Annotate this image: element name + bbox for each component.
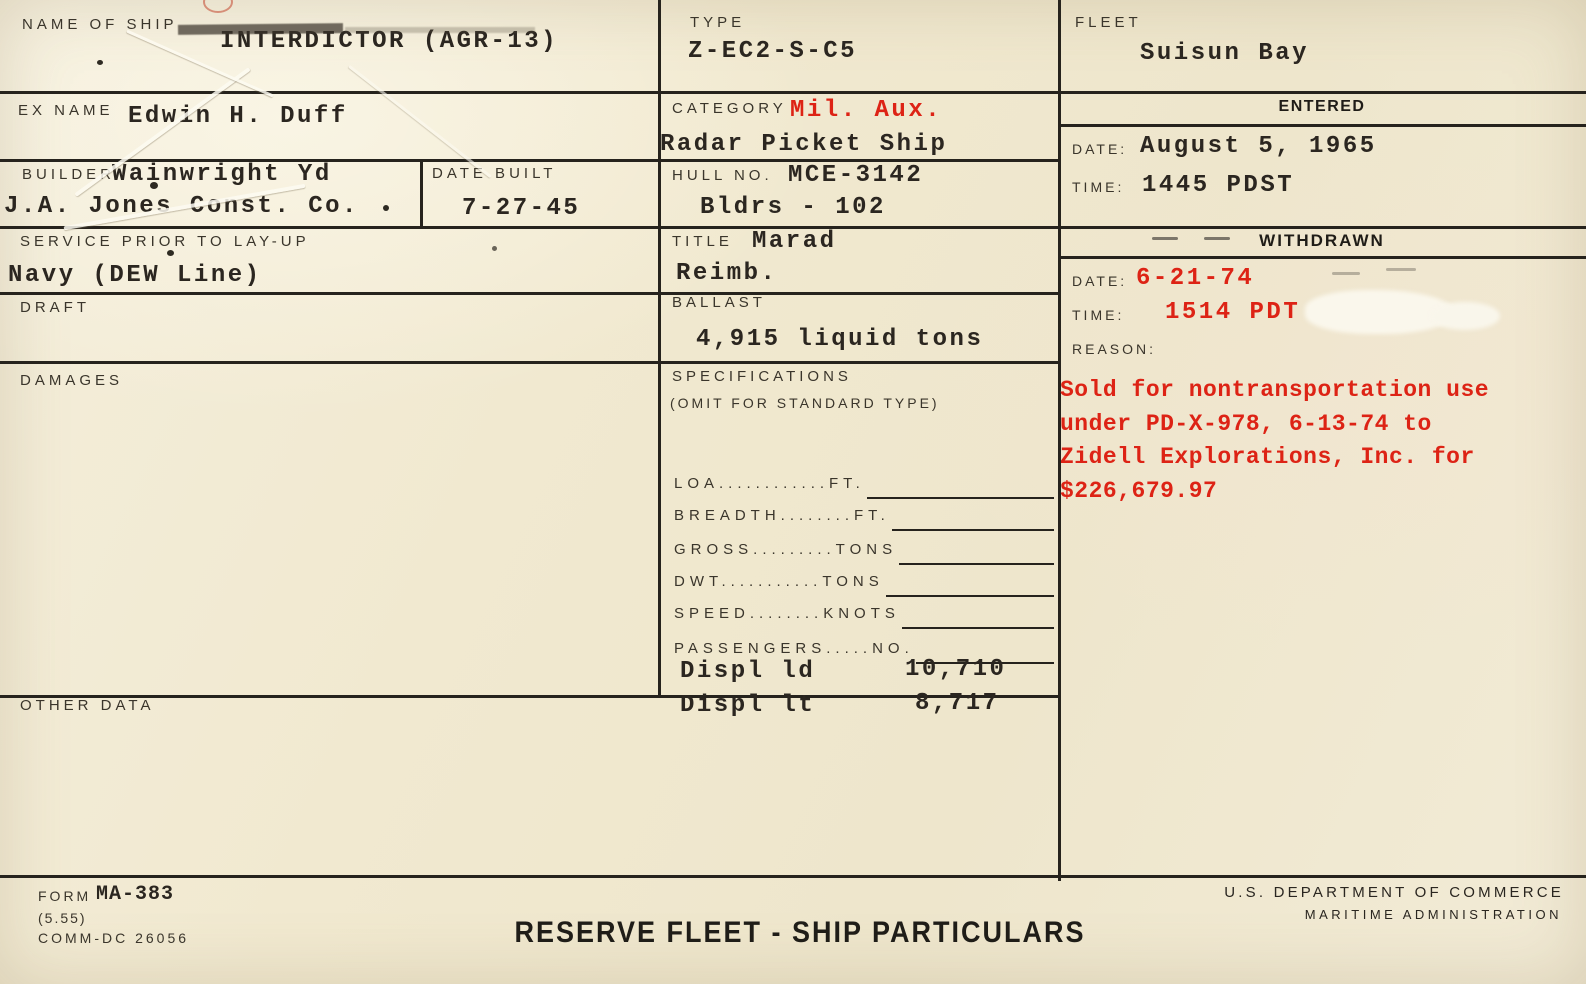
agency-name: U.S. DEPARTMENT OF COMMERCE [1224,884,1564,901]
spec-row-passengers-label: PASSENGERS.....NO. [674,640,914,657]
withdrawn-reason-line3: Zidell Explorations, Inc. for [1060,441,1582,475]
spec-row-breadth: BREADTH........FT. [674,502,1054,524]
specifications-note: (OMIT FOR STANDARD TYPE) [670,395,940,411]
displ-lt-value: 8,717 [915,690,1000,717]
other-data-label: OTHER DATA [20,697,154,714]
title-value: Marad [752,228,837,255]
withdrawn-reason-text: Sold for nontransportation use under PD-… [1060,374,1582,508]
entered-time-label: TIME: [1072,179,1124,195]
category-label: CATEGORY [672,100,787,117]
rule-card-bottom [0,875,1586,878]
ballast-value: 4,915 liquid tons [696,326,983,353]
ink-speck-5 [492,246,497,251]
whiteout-blob [1305,290,1455,334]
withdrawn-reason-line2: under PD-X-978, 6-13-74 to [1060,408,1582,442]
service-prior-label: SERVICE PRIOR TO LAY-UP [20,233,310,250]
fleet-value: Suisun Bay [1140,40,1309,67]
withdrawn-time-value: 1514 PDT [1165,299,1300,326]
date-built-value: 7-27-45 [462,195,580,222]
rule-withdrawn-underline [1058,256,1586,259]
ballast-label: BALLAST [672,294,766,311]
withdrawn-reason-line4: $226,679.97 [1060,475,1582,509]
spec-row-speed-label: SPEED........KNOTS [674,605,900,622]
spec-row-breadth-label: BREADTH........FT. [674,507,890,524]
ink-speck-4 [383,205,389,211]
rule-draft-ballast-bottom [0,361,1058,364]
divider-left-middle [658,0,661,695]
date-built-label: DATE BUILT [432,165,556,182]
spec-row-gross-label: GROSS.........TONS [674,541,897,558]
stamp-dash-4 [1386,268,1416,271]
spec-row-dwt-blank [886,595,1054,597]
ship-particulars-card: NAME OF SHIP INTERDICTOR (AGR-13) EX NAM… [0,0,1586,984]
category-stamp-value: Mil. Aux. [790,97,942,124]
whiteout-blob-2 [1430,302,1500,330]
ink-speck-3 [167,250,174,256]
fleet-label: FLEET [1075,14,1142,31]
document-title: RESERVE FLEET - SHIP PARTICULARS [430,916,1170,949]
rule-entered-underline [1058,124,1586,127]
title-label: TITLE [672,233,733,250]
entered-date-label: DATE: [1072,141,1127,157]
ink-speck-1 [150,182,158,189]
spec-row-passengers: PASSENGERS.....NO. [674,635,1054,657]
ink-speck-2 [97,60,103,65]
rule-row1-bottom [0,91,1586,94]
spec-row-gross-blank [899,563,1054,565]
stamp-dash-3 [1332,272,1360,275]
name-of-ship-value: INTERDICTOR (AGR-13) [220,28,558,55]
form-label: FORM [38,888,91,904]
spec-row-speed-blank [902,627,1054,629]
withdrawn-header: WITHDRAWN [1058,231,1586,251]
form-revision: (5.55) [38,910,87,926]
red-pen-mark [203,0,233,13]
entered-header: ENTERED [1058,98,1586,116]
spec-row-speed: SPEED........KNOTS [674,600,1054,622]
hull-no-value-line2: Bldrs - 102 [700,194,886,221]
withdrawn-time-label: TIME: [1072,307,1124,323]
name-of-ship-label: NAME OF SHIP [22,16,178,33]
draft-label: DRAFT [20,299,90,316]
spec-row-loa-label: LOA............FT. [674,475,865,492]
spec-row-dwt-label: DWT...........TONS [674,573,884,590]
form-comm-number: COMM-DC 26056 [38,930,189,946]
spec-row-loa-blank [867,497,1054,499]
spec-row-gross: GROSS.........TONS [674,536,1054,558]
spec-row-breadth-blank [892,529,1054,531]
type-label: TYPE [690,14,745,31]
service-prior-value: Navy (DEW Line) [8,262,262,289]
withdrawn-reason-label: REASON: [1072,341,1156,357]
hull-no-label: HULL NO. [672,167,773,184]
withdrawn-reason-line1: Sold for nontransportation use [1060,374,1582,408]
rule-service-title-bottom [0,292,1058,295]
displ-ld-label: Displ ld [680,658,815,685]
type-value: Z-EC2-S-C5 [688,38,857,65]
category-value-line2: Radar Picket Ship [660,131,947,158]
spec-row-dwt: DWT...........TONS [674,568,1054,590]
ex-name-value: Edwin H. Duff [128,103,348,130]
hull-no-value: MCE-3142 [788,162,923,189]
damages-label: DAMAGES [20,372,123,389]
spec-row-loa: LOA............FT. [674,470,1054,492]
displ-ld-value: 10,710 [905,656,1006,683]
form-number: MA-383 [96,883,174,906]
title-value-line2: Reimb. [676,260,777,287]
withdrawn-date-label: DATE: [1072,273,1127,289]
specifications-label: SPECIFICATIONS [672,368,852,385]
ex-name-label: EX NAME [18,102,114,119]
displ-lt-label: Displ lt [680,692,815,719]
stamp-dash-1 [1152,237,1178,240]
entered-time-value: 1445 PDST [1142,172,1294,199]
divider-builder-datebuilt [420,159,423,226]
withdrawn-date-value: 6-21-74 [1136,265,1254,292]
entered-date-value: August 5, 1965 [1140,133,1377,160]
stamp-dash-2 [1204,237,1230,240]
agency-division: MARITIME ADMINISTRATION [1305,907,1562,922]
rule-damages-specs-bottom [0,695,1058,698]
